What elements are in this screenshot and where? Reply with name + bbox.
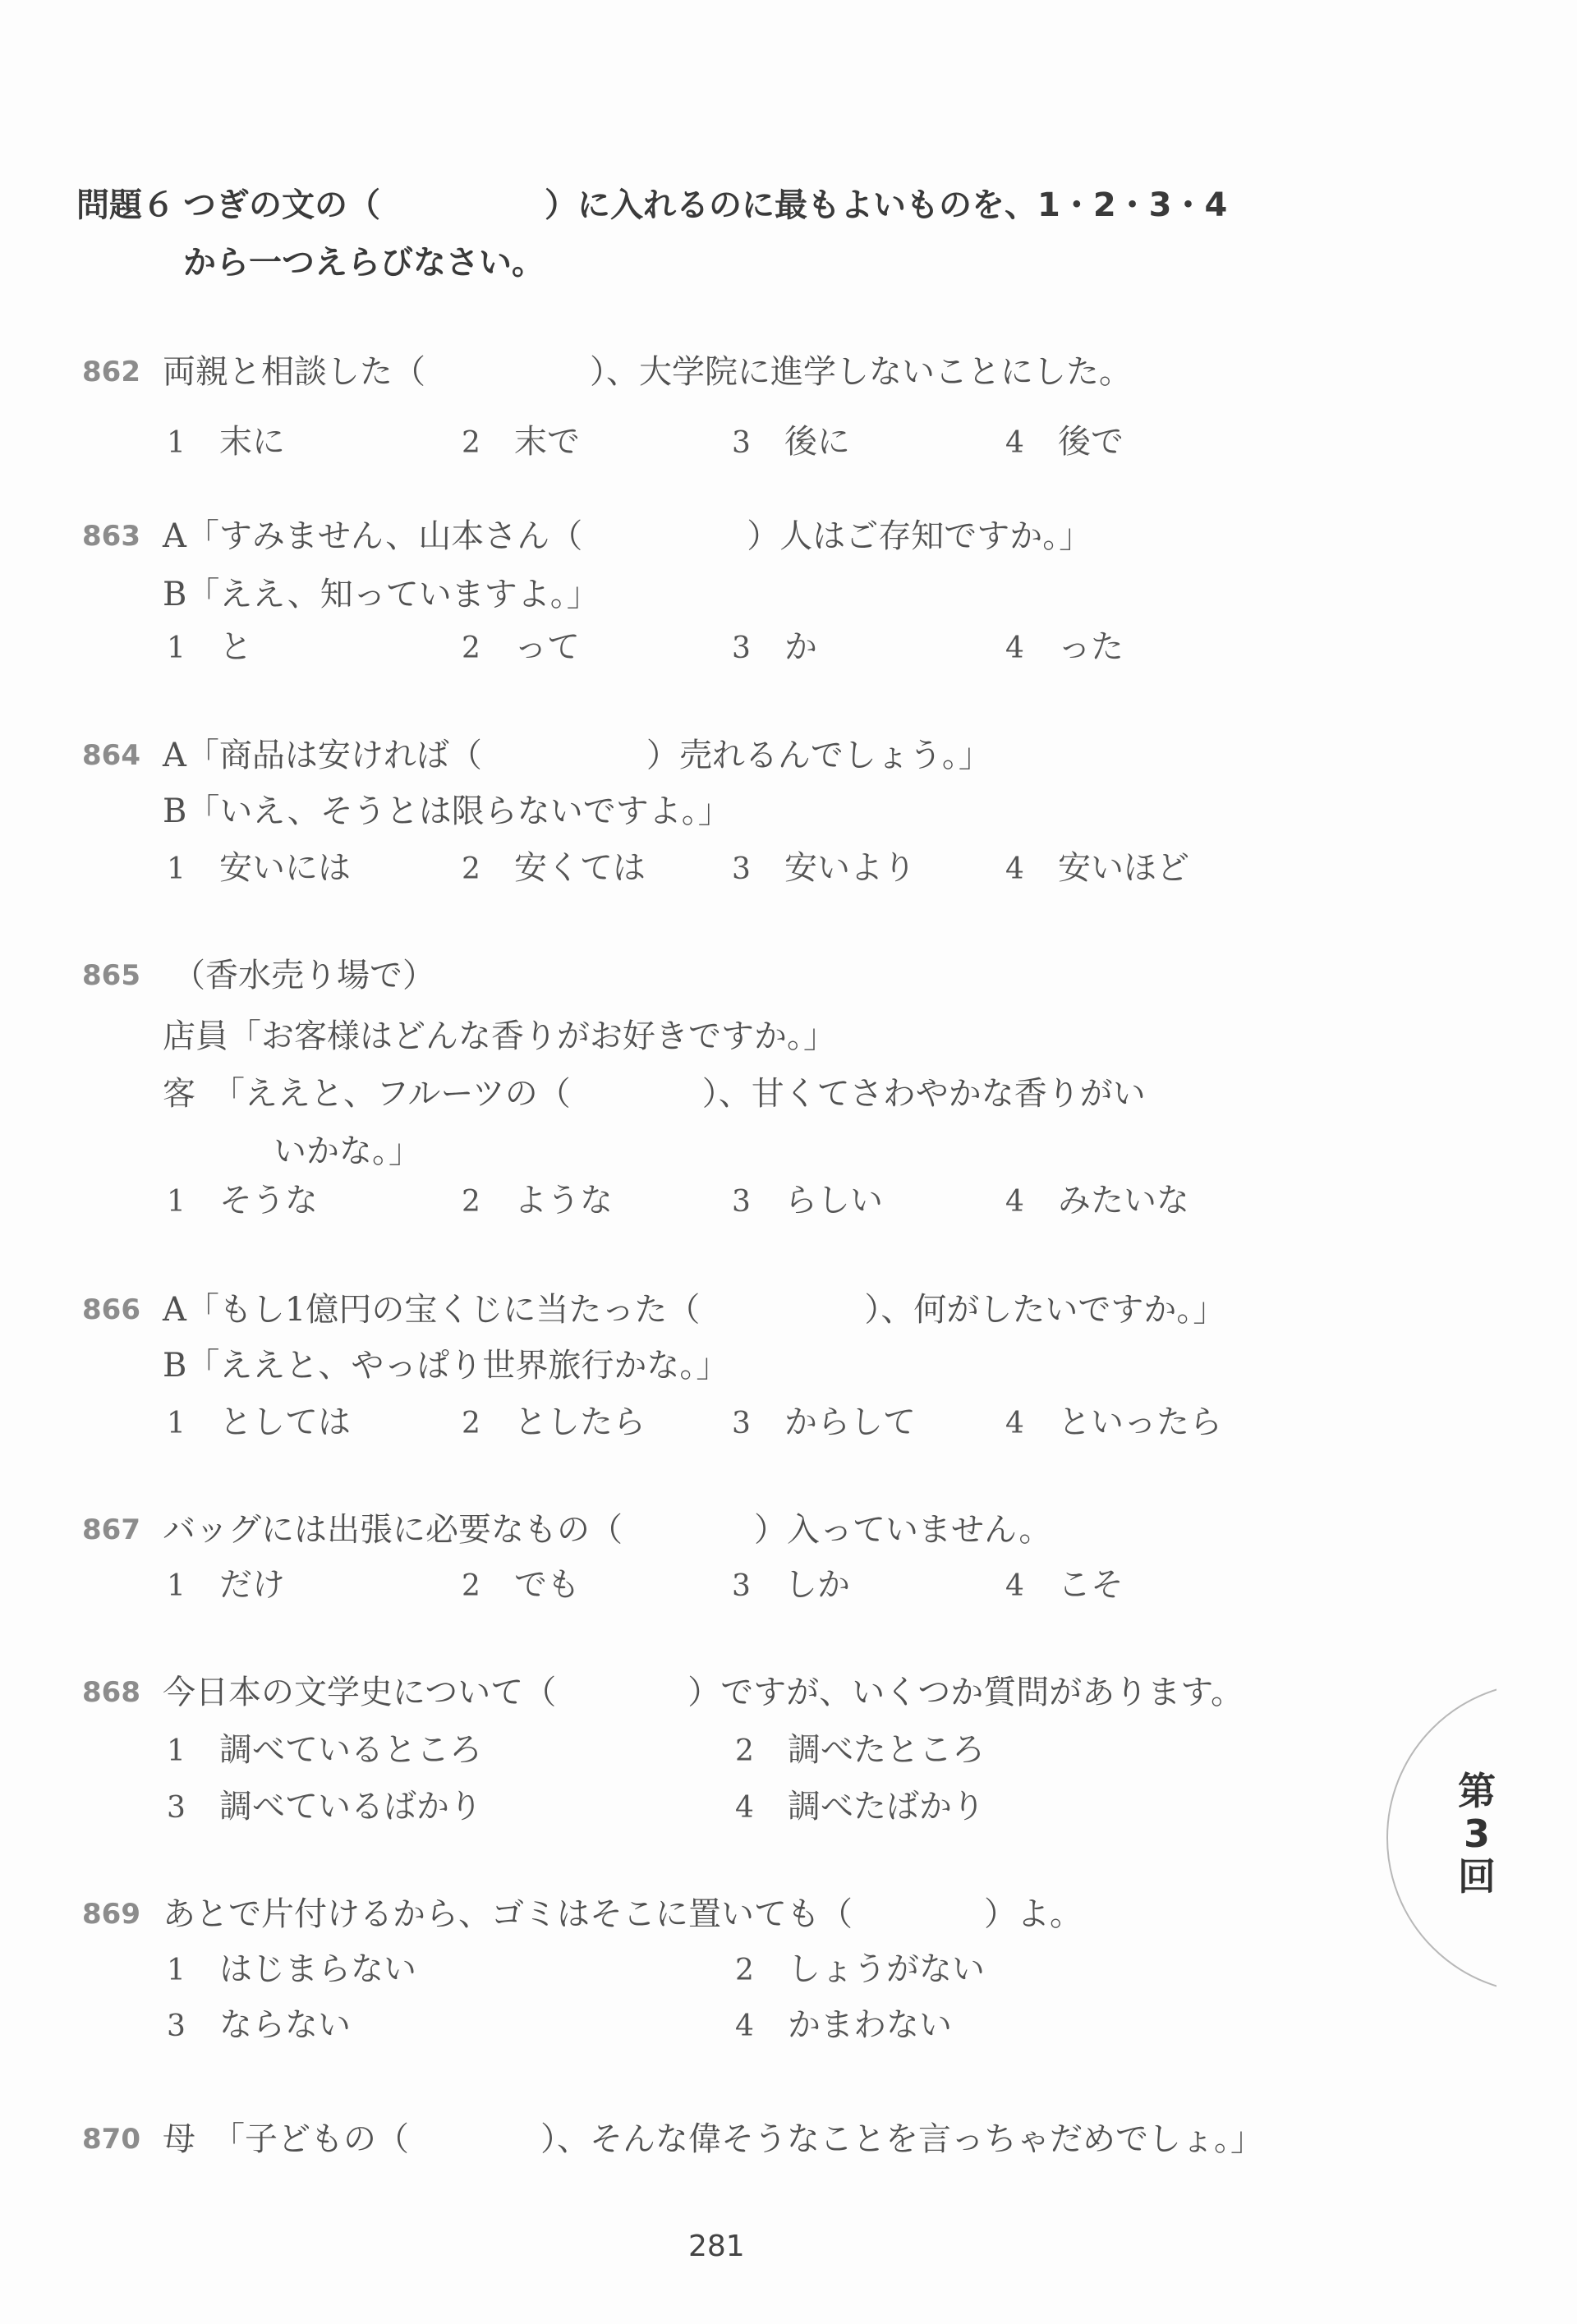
question-text: バッグには出張に必要なもの（ ）入っていません。: [163, 1513, 1051, 1546]
question-number: 863: [82, 522, 140, 550]
option-3[interactable]: 3調べているばかり: [167, 1790, 482, 1823]
option-number: 2: [462, 855, 514, 884]
option-number: 3: [167, 2012, 219, 2042]
option-number: 1: [167, 1737, 219, 1766]
option-number: 1: [167, 634, 219, 664]
option-number: 2: [462, 1187, 514, 1217]
option-number: 2: [462, 429, 514, 458]
question-number: 864: [82, 742, 140, 769]
option-4[interactable]: 4調べたばかり: [735, 1790, 985, 1823]
question-number: 862: [82, 358, 140, 386]
question-number: 865: [82, 962, 140, 990]
option-3[interactable]: 3後に: [732, 425, 850, 458]
option-1[interactable]: 1と: [167, 631, 252, 664]
option-number: 1: [167, 1572, 219, 1601]
question-number: 869: [82, 1900, 140, 1928]
option-text: こそ: [1058, 1566, 1124, 1604]
question-context: （香水売り場で）: [172, 959, 435, 992]
section-heading: 問題６つぎの文の（ ）に入れるのに最もよいものを、1・2・3・4: [76, 189, 1227, 222]
chapter-tab-number: 3: [1452, 1812, 1501, 1855]
option-text: かまわない: [788, 2006, 952, 2044]
option-text: 調べているところ: [219, 1731, 482, 1769]
question-text: 今日本の文学史について（ ）ですが、いくつか質問があります。: [163, 1676, 1244, 1709]
option-number: 2: [462, 634, 514, 664]
option-number: 4: [1005, 1409, 1058, 1439]
question-text: A「商品は安ければ（ ）売れるんでしょう。」: [163, 739, 991, 772]
option-text: といったら: [1058, 1403, 1222, 1441]
option-2[interactable]: 2安くては: [462, 852, 646, 884]
chapter-tab-label: 第 3 回: [1452, 1770, 1501, 1898]
question-text: 両親と相談した（ ）、大学院に進学しないことにした。: [163, 356, 1132, 388]
option-2[interactable]: 2しょうがない: [735, 1953, 985, 1986]
option-2[interactable]: 2としたら: [462, 1406, 646, 1439]
instruction-line-1: つぎの文の（ ）に入れるのに最もよいものを、1・2・3・4: [183, 186, 1227, 224]
option-text: ならない: [219, 2006, 351, 2044]
question-number: 870: [82, 2125, 140, 2153]
option-text: そうな: [219, 1182, 318, 1219]
option-text: か: [784, 628, 817, 666]
option-1[interactable]: 1はじまらない: [167, 1953, 416, 1986]
option-text: でも: [514, 1566, 580, 1604]
option-text: としては: [219, 1403, 351, 1441]
question-text: いかな。」: [274, 1135, 421, 1168]
question-text: B「ええ、知っていますよ。」: [163, 578, 600, 611]
option-number: 3: [732, 1572, 784, 1601]
option-3[interactable]: 3らしい: [732, 1184, 883, 1217]
option-4[interactable]: 4った: [1005, 631, 1124, 664]
option-text: 調べているばかり: [219, 1788, 482, 1826]
option-number: 3: [732, 429, 784, 458]
question-text: A「すみません、山本さん（ ）人はご存知ですか。」: [163, 520, 1092, 553]
option-text: 末に: [219, 423, 285, 461]
question-text: A「もし1億円の宝くじに当たった（ ）、何がしたいですか。」: [163, 1293, 1225, 1326]
option-number: 1: [167, 1956, 219, 1986]
option-1[interactable]: 1だけ: [167, 1568, 285, 1601]
option-2[interactable]: 2調べたところ: [735, 1734, 985, 1766]
question-text: 店員「お客様はどんな香りがお好きですか。」: [163, 1020, 836, 1053]
page-number: 281: [688, 2230, 745, 2263]
option-text: 安くては: [514, 849, 646, 887]
option-3[interactable]: 3安いより: [732, 852, 916, 884]
option-text: 後に: [784, 423, 850, 461]
option-number: 4: [735, 1794, 788, 1823]
section-label: 問題６: [76, 189, 183, 222]
option-number: 3: [167, 1794, 219, 1823]
option-2[interactable]: 2ような: [462, 1184, 613, 1217]
option-1[interactable]: 1調べているところ: [167, 1734, 482, 1766]
option-text: みたいな: [1058, 1182, 1189, 1219]
option-1[interactable]: 1そうな: [167, 1184, 318, 1217]
option-number: 4: [1005, 1187, 1058, 1217]
option-text: ような: [514, 1182, 613, 1219]
option-text: 安いには: [219, 849, 351, 887]
chapter-tab-char: 回: [1452, 1855, 1501, 1898]
option-3[interactable]: 3しか: [732, 1568, 850, 1601]
option-text: としたら: [514, 1403, 646, 1441]
question-number: 867: [82, 1516, 140, 1544]
option-text: しか: [784, 1566, 850, 1604]
option-number: 2: [735, 1956, 788, 1986]
option-text: 安いほど: [1058, 849, 1189, 887]
option-4[interactable]: 4かまわない: [735, 2009, 952, 2042]
option-number: 3: [732, 1187, 784, 1217]
instruction-line-2: から一つえらびなさい。: [183, 246, 545, 279]
question-text: 客 「ええと、フルーツの（ ）、甘くてさわやかな香りがい: [163, 1077, 1146, 1110]
option-number: 4: [1005, 855, 1058, 884]
option-4[interactable]: 4こそ: [1005, 1568, 1124, 1601]
option-3[interactable]: 3か: [732, 631, 817, 664]
question-number: 868: [82, 1679, 140, 1706]
question-number: 866: [82, 1296, 140, 1324]
option-text: と: [219, 628, 252, 666]
option-2[interactable]: 2末で: [462, 425, 580, 458]
option-text: だけ: [219, 1566, 285, 1604]
question-text: B「いえ、そうとは限らないですよ。」: [163, 795, 731, 828]
chapter-tab-char: 第: [1452, 1770, 1501, 1812]
option-number: 4: [1005, 1572, 1058, 1601]
option-1[interactable]: 1安いには: [167, 852, 351, 884]
option-number: 4: [1005, 634, 1058, 664]
question-text: B「ええと、やっぱり世界旅行かな。」: [163, 1349, 729, 1382]
option-number: 1: [167, 1409, 219, 1439]
option-text: からして: [784, 1403, 916, 1441]
option-text: 末で: [514, 423, 580, 461]
option-text: 後で: [1058, 423, 1124, 461]
option-text: って: [514, 628, 580, 666]
option-text: った: [1058, 628, 1124, 666]
option-4[interactable]: 4安いほど: [1005, 852, 1189, 884]
option-4[interactable]: 4後で: [1005, 425, 1124, 458]
option-text: 調べたところ: [788, 1731, 985, 1769]
option-1[interactable]: 1としては: [167, 1406, 351, 1439]
option-4[interactable]: 4みたいな: [1005, 1184, 1189, 1217]
option-number: 1: [167, 855, 219, 884]
option-number: 2: [462, 1572, 514, 1601]
option-number: 1: [167, 1187, 219, 1217]
option-text: はじまらない: [219, 1950, 416, 1988]
option-3[interactable]: 3ならない: [167, 2009, 351, 2042]
option-text: 調べたばかり: [788, 1788, 985, 1826]
option-2[interactable]: 2でも: [462, 1568, 580, 1601]
tab-mask: [1497, 1667, 1577, 2012]
option-number: 3: [732, 1409, 784, 1439]
textbook-page: 問題６つぎの文の（ ）に入れるのに最もよいものを、1・2・3・4 から一つえらび…: [0, 0, 1577, 2324]
option-3[interactable]: 3からして: [732, 1406, 916, 1439]
option-2[interactable]: 2って: [462, 631, 580, 664]
question-text: 母 「子どもの（ ）、そんな偉そうなことを言っちゃだめでしょ。」: [163, 2123, 1263, 2156]
option-text: 安いより: [784, 849, 916, 887]
option-number: 2: [735, 1737, 788, 1766]
option-number: 3: [732, 634, 784, 664]
option-number: 2: [462, 1409, 514, 1439]
option-number: 4: [1005, 429, 1058, 458]
option-1[interactable]: 1末に: [167, 425, 285, 458]
option-number: 4: [735, 2012, 788, 2042]
option-4[interactable]: 4といったら: [1005, 1406, 1222, 1439]
option-number: 3: [732, 855, 784, 884]
option-text: しょうがない: [788, 1950, 985, 1988]
question-text: あとで片付けるから、ゴミはそこに置いても（ ）よ。: [163, 1898, 1083, 1931]
option-text: らしい: [784, 1182, 883, 1219]
option-number: 1: [167, 429, 219, 458]
